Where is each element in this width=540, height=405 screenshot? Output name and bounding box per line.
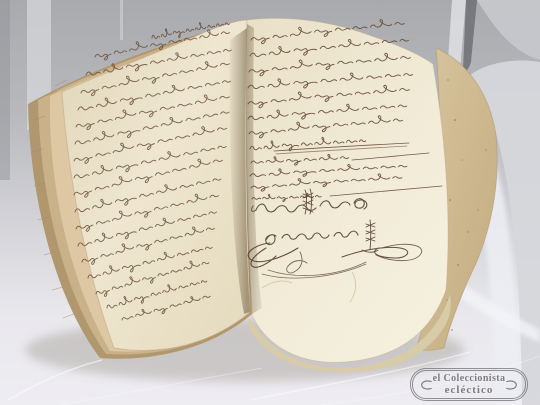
fabric-edge-shade	[0, 0, 10, 180]
watermark-flourish-right-icon	[506, 378, 518, 392]
manuscript-photo	[0, 0, 540, 405]
watermark: el Coleccionista ecléctico	[410, 368, 528, 401]
watermark-flourish-left-icon	[420, 378, 432, 392]
watermark-text: el Coleccionista ecléctico	[433, 374, 506, 396]
watermark-line2: ecléctico	[445, 385, 494, 396]
photo: el Coleccionista ecléctico	[0, 0, 540, 405]
watermark-line1: el Coleccionista	[433, 374, 506, 384]
fabric-stripe-thin	[120, 0, 123, 40]
right-page	[246, 18, 448, 362]
